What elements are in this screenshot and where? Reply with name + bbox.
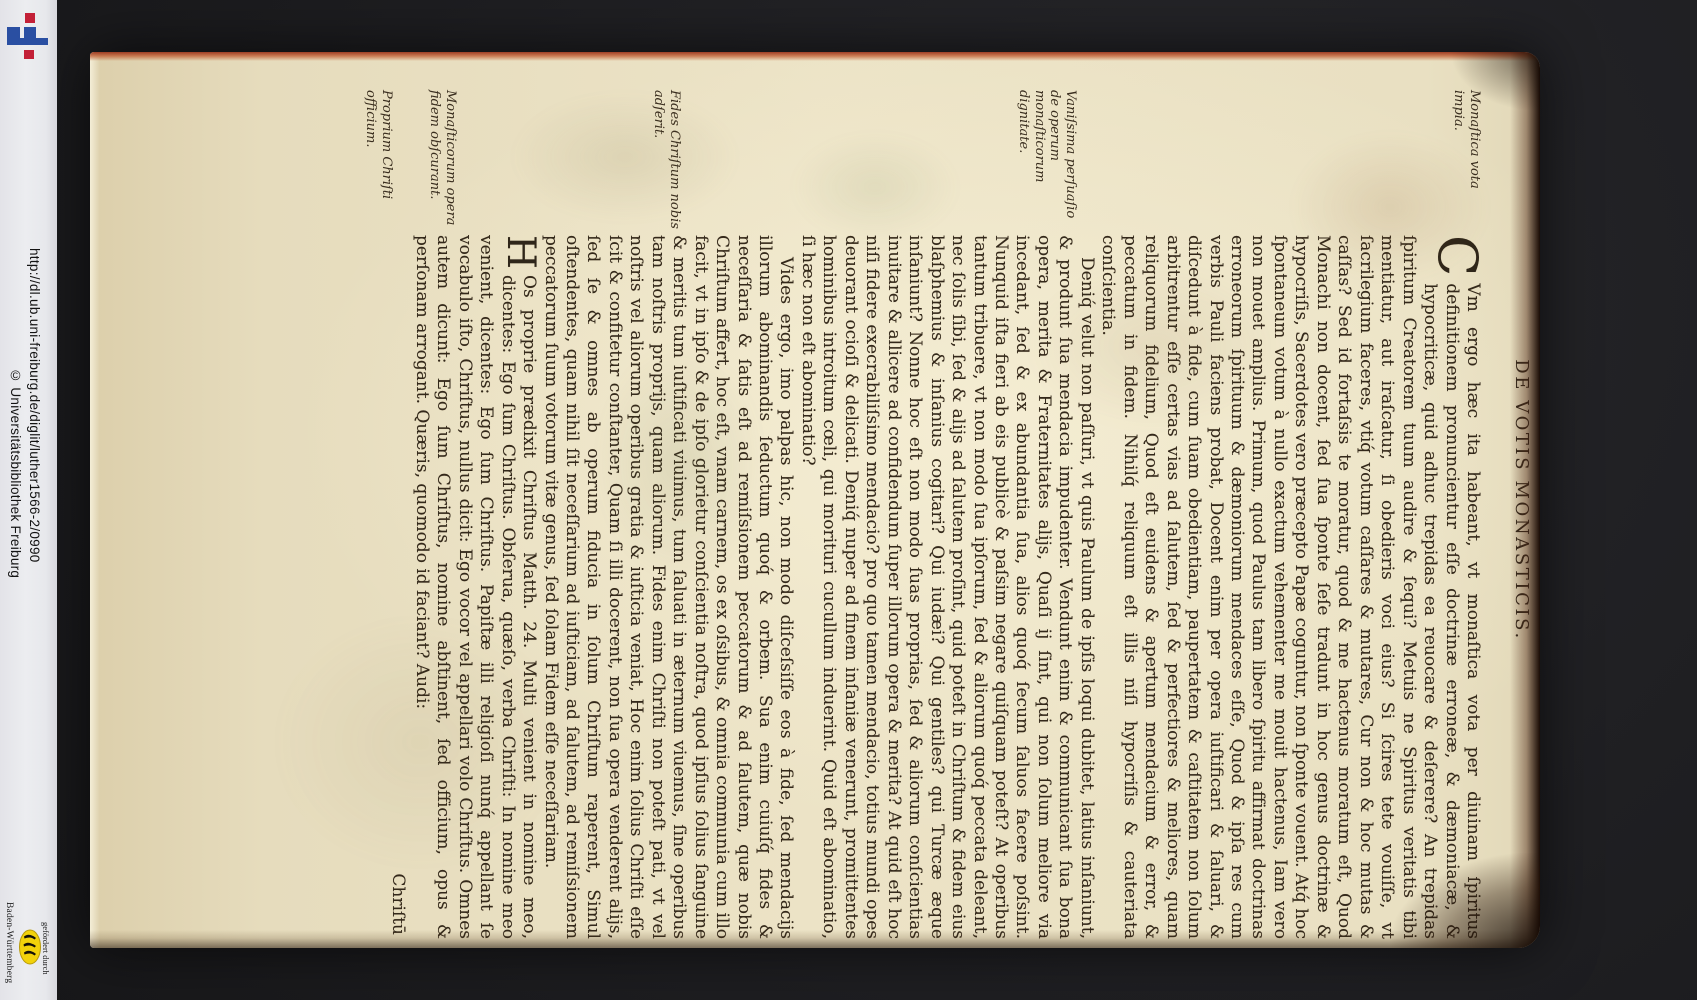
margin-note: Fides Chriſtum nobis adſerit. xyxy=(651,90,682,232)
margin-note: Vaniſsima perſuaſio de operum monaſticor… xyxy=(1016,90,1078,232)
running-head: DE VOTIS MONASTICIS. xyxy=(1511,52,1532,948)
margin-note: Monaſticorum opera fidem obſcurant. xyxy=(427,90,458,232)
scanned-page-area: DE VOTIS MONASTICIS. Monaſtica vota impi… xyxy=(90,52,1540,948)
paragraph-text: Vm ergo hæc ita habeant, vt monaſtica vo… xyxy=(1098,235,1483,939)
ub-freiburg-logo-icon xyxy=(0,6,57,68)
margin-note: Proprium Chriſti officium. xyxy=(363,90,394,232)
drop-cap-initial: H xyxy=(503,235,539,275)
source-url-text: http://dl.ub.uni-freiburg.de/diglit/luth… xyxy=(27,248,42,563)
margin-note: Monaſtica vota impia. xyxy=(1451,90,1482,232)
copyright-text: © Universitätsbibliothek Freiburg xyxy=(8,368,23,578)
paragraph-text: Os proprie prædixit Chriſtus Matth. 24. … xyxy=(412,235,539,939)
logo-red-square xyxy=(25,13,35,23)
funding-org-text: Baden-Württemberg xyxy=(4,902,14,983)
logo-red-square xyxy=(24,50,34,59)
paragraph: Vides ergo, imo palpas hic, non modo diſ… xyxy=(539,235,796,939)
digitized-book-viewer-screenshot: { "viewer": { "url_text": "http://dl.ub.… xyxy=(0,0,1697,1000)
library-frame-strip: http://dl.ub.uni-freiburg.de/diglit/luth… xyxy=(0,0,57,1000)
baden-wuerttemberg-emblem-icon xyxy=(19,929,41,969)
book-page: DE VOTIS MONASTICIS. Monaſtica vota impi… xyxy=(90,52,1540,948)
logo-blue-crossbar xyxy=(7,38,48,45)
paragraph: Deniq́ velut non paſſuri, vt quis Paulum… xyxy=(797,235,1097,939)
paragraph: CVm ergo hæc ita habeant, vt monaſtica v… xyxy=(1097,235,1483,939)
paragraph: HOs proprie prædixit Chriſtus Matth. 24.… xyxy=(410,235,539,939)
drop-cap-initial: C xyxy=(1434,235,1483,283)
page-text-block: CVm ergo hæc ita habeant, vt monaſtica v… xyxy=(387,235,1483,939)
funding-note-text: gefördert durch xyxy=(41,922,51,975)
catchword: Chriſtū xyxy=(387,235,408,939)
